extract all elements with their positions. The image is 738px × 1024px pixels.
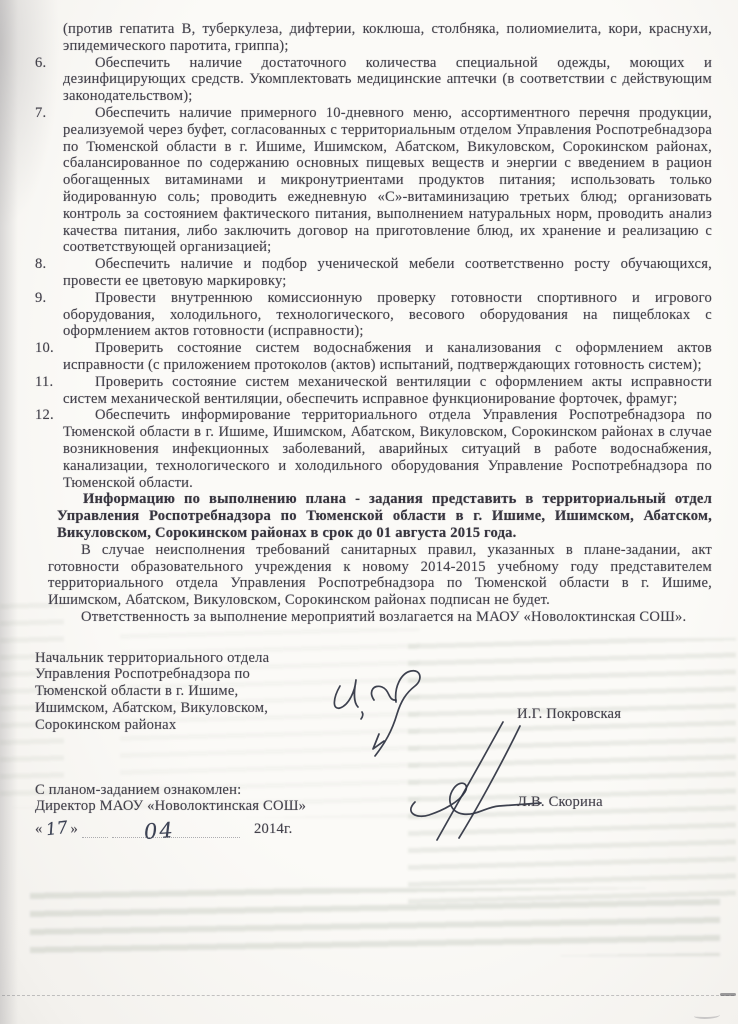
date-blank — [82, 823, 108, 838]
acknowledgment-block: С планом-заданием ознакомлен: Директор М… — [35, 782, 712, 839]
item-text: Обеспечить наличие и подбор ученической … — [63, 256, 712, 290]
list-item: 6. Обеспечить наличие достаточного колич… — [35, 55, 712, 105]
item-number: 6. — [35, 55, 63, 105]
director-line: Директор МАОУ «Новолоктинская СОШ» — [35, 798, 712, 815]
item-number: 11. — [35, 374, 63, 408]
document-body: (против гепатита В, туберкулеза, дифтери… — [35, 21, 712, 838]
item-text: Провести внутреннюю комиссионную проверк… — [63, 290, 712, 340]
item-number: 9. — [35, 290, 63, 340]
list-item: 11. Проверить состояние систем механичес… — [35, 374, 712, 408]
deadline-paragraph: Информацию по выполнению плана - задания… — [57, 491, 712, 541]
item-text: Проверить состояние систем механической … — [63, 374, 712, 408]
director-name: Л.В. Скорина — [517, 794, 603, 811]
scan-artifact-line — [2, 995, 734, 996]
scan-artifact-mark — [694, 1012, 720, 1019]
noncompliance-paragraph: В случае неисполнения требований санитар… — [48, 542, 712, 609]
official-signature-block: Начальник территориального отдела Управл… — [35, 650, 712, 734]
date-line: « 17 » 04 2014г. — [35, 816, 712, 838]
list-item: 9. Провести внутреннюю комиссионную пров… — [35, 290, 712, 340]
item-number: 10. — [35, 340, 63, 374]
handwritten-day: 17 — [42, 820, 72, 840]
responsibility-paragraph: Ответственность за выполнение мероприяти… — [48, 609, 712, 626]
list-item: 8. Обеспечить наличие и подбор ученическ… — [35, 256, 712, 290]
item-number: 8. — [35, 256, 63, 290]
list-item: 7. Обеспечить наличие примерного 10-днев… — [35, 105, 712, 256]
list-item: 10. Проверить состояние систем водоснабж… — [35, 340, 712, 374]
scanned-document-page: (против гепатита В, туберкулеза, дифтери… — [0, 0, 738, 1024]
date-blank: 04 — [112, 823, 240, 838]
acknowledgment-line: С планом-заданием ознакомлен: — [35, 782, 712, 799]
signature-skorina — [407, 720, 552, 845]
item5-continuation-text: (против гепатита В, туберкулеза, дифтери… — [63, 21, 712, 55]
ink-bleedthrough — [30, 888, 720, 956]
handwritten-month: 04 — [143, 822, 175, 841]
list-item: 12. Обеспечить информирование территориа… — [35, 407, 712, 491]
item-text: Обеспечить наличие примерного 10-дневног… — [63, 105, 712, 256]
scan-artifact-mark — [720, 993, 736, 996]
item-text: Обеспечить наличие достаточного количест… — [63, 55, 712, 105]
item-number: 7. — [35, 105, 63, 256]
item-text: Обеспечить информирование территориально… — [63, 407, 712, 491]
item-number: 12. — [35, 407, 63, 491]
year-label: 2014г. — [254, 821, 292, 838]
item-text: Проверить состояние систем водоснабжения… — [63, 340, 712, 374]
